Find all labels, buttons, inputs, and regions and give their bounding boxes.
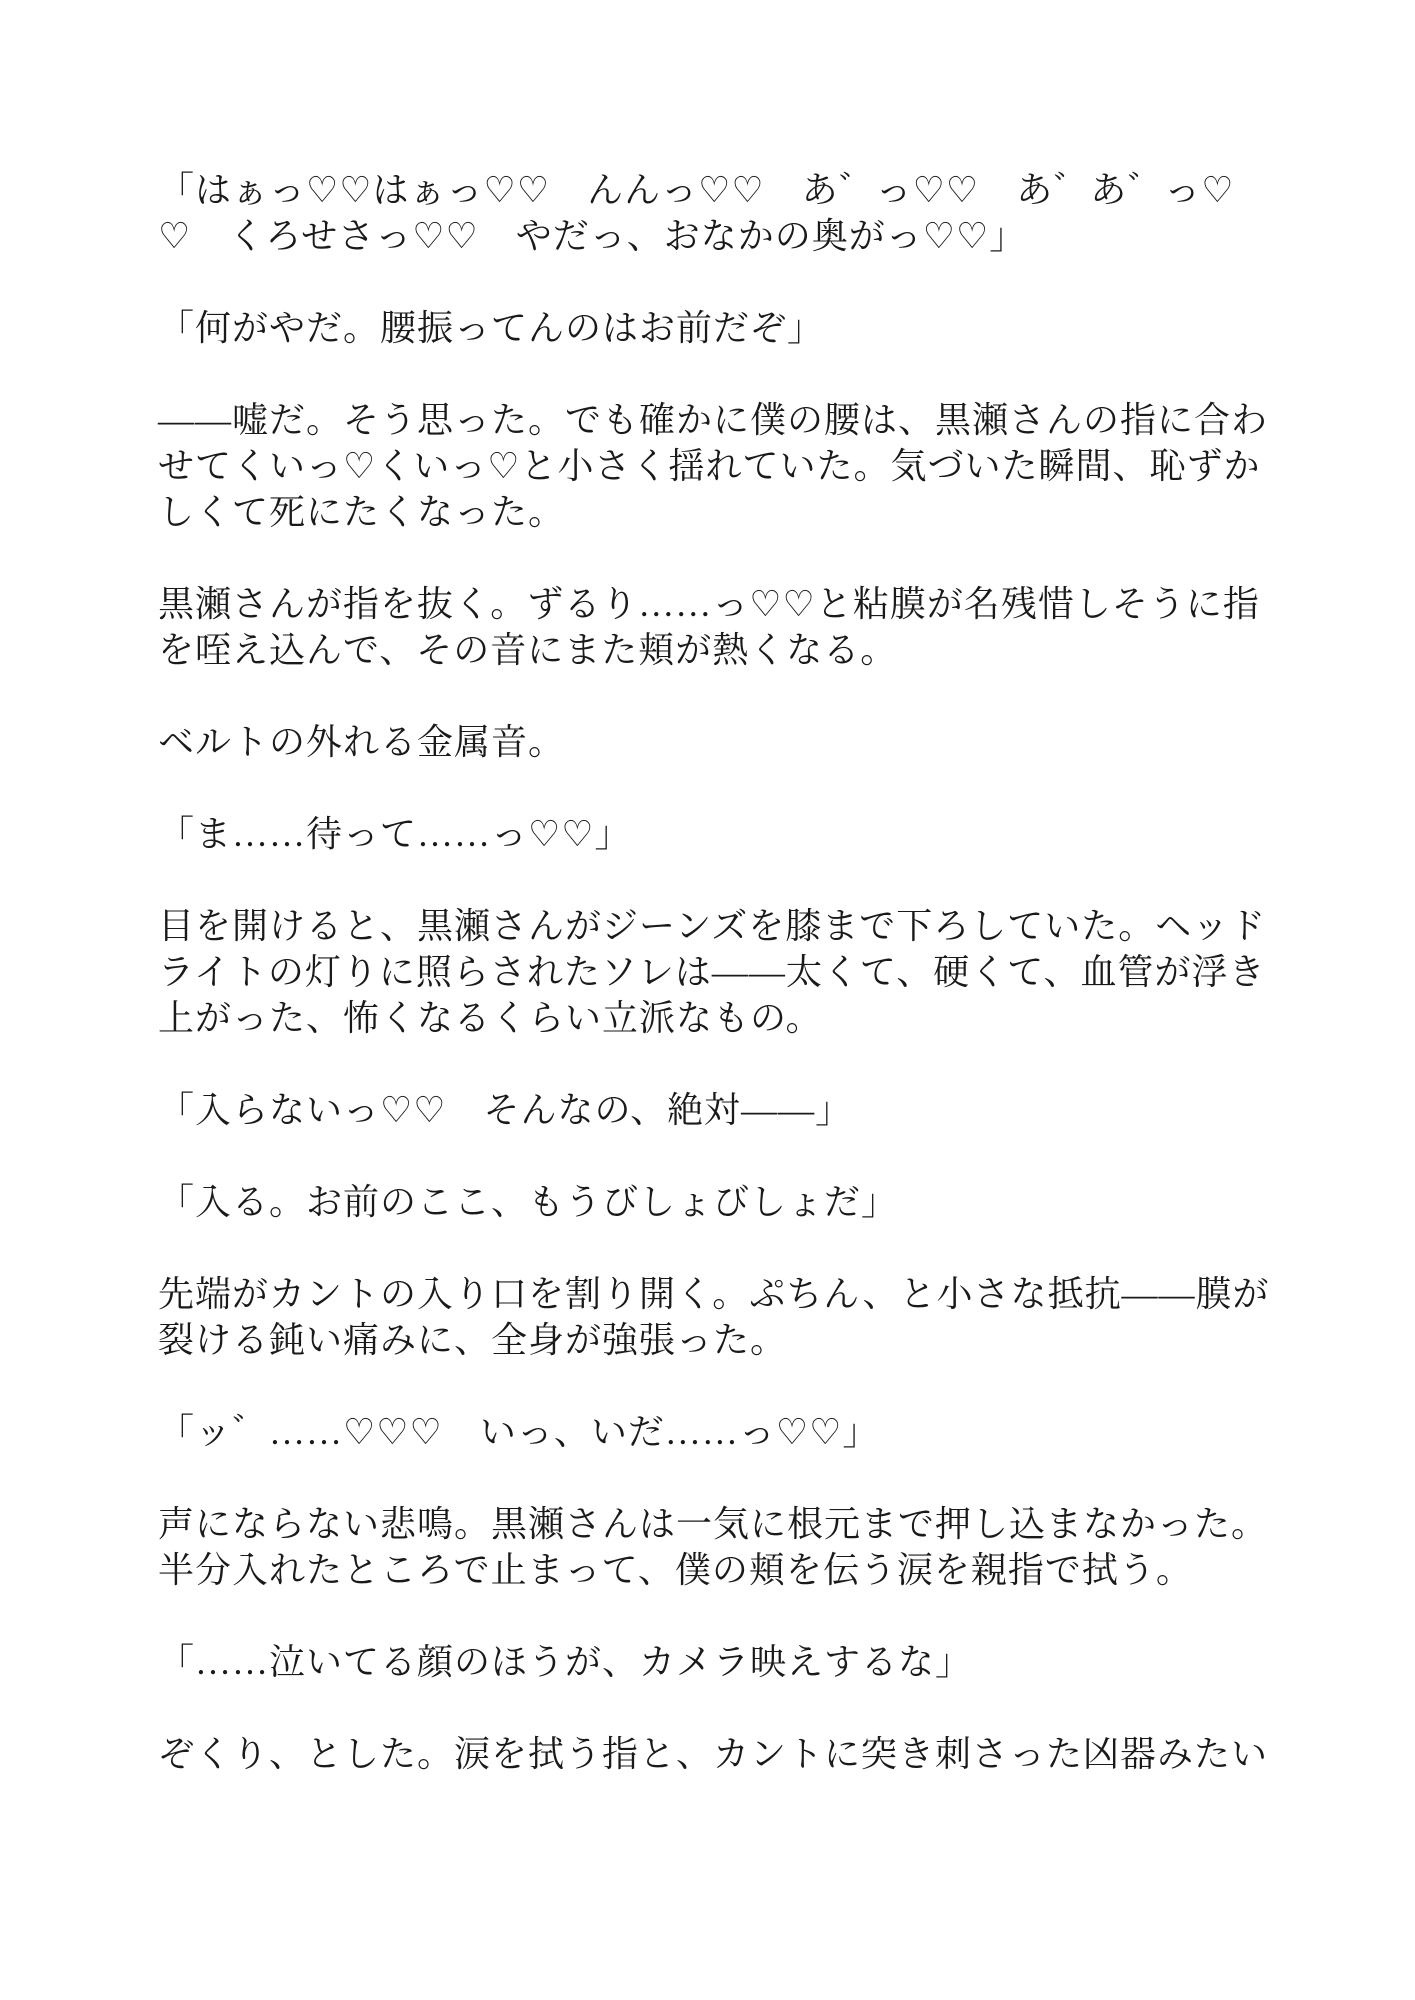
text-line: ——嘘だ。そう思った。でも確かに僕の腰は、黒瀬さんの指に合わ bbox=[158, 397, 1268, 443]
text-line: 「入らないっ♡♡ そんなの、絶対——」 bbox=[158, 1087, 1268, 1133]
paragraph: 「入らないっ♡♡ そんなの、絶対——」 bbox=[158, 1087, 1268, 1133]
text-line: 半分入れたところで止まって、僕の頬を伝う涙を親指で拭う。 bbox=[158, 1547, 1268, 1593]
paragraph: 声にならない悲鳴。黒瀬さんは一気に根元まで押し込まなかった。半分入れたところで止… bbox=[158, 1501, 1268, 1593]
text-line: 声にならない悲鳴。黒瀬さんは一気に根元まで押し込まなかった。 bbox=[158, 1501, 1268, 1547]
paragraph: ——嘘だ。そう思った。でも確かに僕の腰は、黒瀬さんの指に合わせてくいっ♡くいっ♡… bbox=[158, 397, 1268, 535]
text-line: 「……泣いてる顔のほうが、カメラ映えするな」 bbox=[158, 1639, 1268, 1685]
paragraph: 「何がやだ。腰振ってんのはお前だぞ」 bbox=[158, 305, 1268, 351]
text-line: 上がった、怖くなるくらい立派なもの。 bbox=[158, 995, 1268, 1041]
paragraph: 「ッ゛……♡♡♡ いっ、いだ……っ♡♡」 bbox=[158, 1409, 1268, 1455]
paragraph: 「入る。お前のここ、もうびしょびしょだ」 bbox=[158, 1179, 1268, 1225]
text-line: 「ま……待って……っ♡♡」 bbox=[158, 811, 1268, 857]
text-line: せてくいっ♡くいっ♡と小さく揺れていた。気づいた瞬間、恥ずか bbox=[158, 443, 1268, 489]
text-line: ぞくり、とした。涙を拭う指と、カントに突き刺さった凶器みたい bbox=[158, 1731, 1268, 1777]
text-line: 裂ける鈍い痛みに、全身が強張った。 bbox=[158, 1317, 1268, 1363]
paragraph: 「ま……待って……っ♡♡」 bbox=[158, 811, 1268, 857]
text-line: ライトの灯りに照らされたソレは——太くて、硬くて、血管が浮き bbox=[158, 949, 1268, 995]
text-line: ベルトの外れる金属音。 bbox=[158, 719, 1268, 765]
paragraph: 黒瀬さんが指を抜く。ずるり……っ♡♡と粘膜が名残惜しそうに指を咥え込んで、その音… bbox=[158, 581, 1268, 673]
text-line: 目を開けると、黒瀬さんがジーンズを膝まで下ろしていた。ヘッド bbox=[158, 903, 1268, 949]
paragraph: 「……泣いてる顔のほうが、カメラ映えするな」 bbox=[158, 1639, 1268, 1685]
paragraph: 先端がカントの入り口を割り開く。ぷちん、と小さな抵抗——膜が裂ける鈍い痛みに、全… bbox=[158, 1271, 1268, 1363]
text-line: ♡ くろせさっ♡♡ やだっ、おなかの奥がっ♡♡」 bbox=[158, 213, 1268, 259]
text-line: 「何がやだ。腰振ってんのはお前だぞ」 bbox=[158, 305, 1268, 351]
text-line: を咥え込んで、その音にまた頬が熱くなる。 bbox=[158, 627, 1268, 673]
document-page: 「はぁっ♡♡はぁっ♡♡ んんっ♡♡ あ゛っ♡♡ あ゛あ゛っ♡♡ くろせさっ♡♡ … bbox=[0, 0, 1415, 2000]
document-text: 「はぁっ♡♡はぁっ♡♡ んんっ♡♡ あ゛っ♡♡ あ゛あ゛っ♡♡ くろせさっ♡♡ … bbox=[158, 167, 1268, 1823]
paragraph: ぞくり、とした。涙を拭う指と、カントに突き刺さった凶器みたい bbox=[158, 1731, 1268, 1777]
text-line: 黒瀬さんが指を抜く。ずるり……っ♡♡と粘膜が名残惜しそうに指 bbox=[158, 581, 1268, 627]
paragraph: ベルトの外れる金属音。 bbox=[158, 719, 1268, 765]
paragraph: 目を開けると、黒瀬さんがジーンズを膝まで下ろしていた。ヘッドライトの灯りに照らさ… bbox=[158, 903, 1268, 1041]
text-line: 「ッ゛……♡♡♡ いっ、いだ……っ♡♡」 bbox=[158, 1409, 1268, 1455]
text-line: 「入る。お前のここ、もうびしょびしょだ」 bbox=[158, 1179, 1268, 1225]
text-line: 「はぁっ♡♡はぁっ♡♡ んんっ♡♡ あ゛っ♡♡ あ゛あ゛っ♡ bbox=[158, 167, 1268, 213]
text-line: しくて死にたくなった。 bbox=[158, 489, 1268, 535]
paragraph: 「はぁっ♡♡はぁっ♡♡ んんっ♡♡ あ゛っ♡♡ あ゛あ゛っ♡♡ くろせさっ♡♡ … bbox=[158, 167, 1268, 259]
text-line: 先端がカントの入り口を割り開く。ぷちん、と小さな抵抗——膜が bbox=[158, 1271, 1268, 1317]
